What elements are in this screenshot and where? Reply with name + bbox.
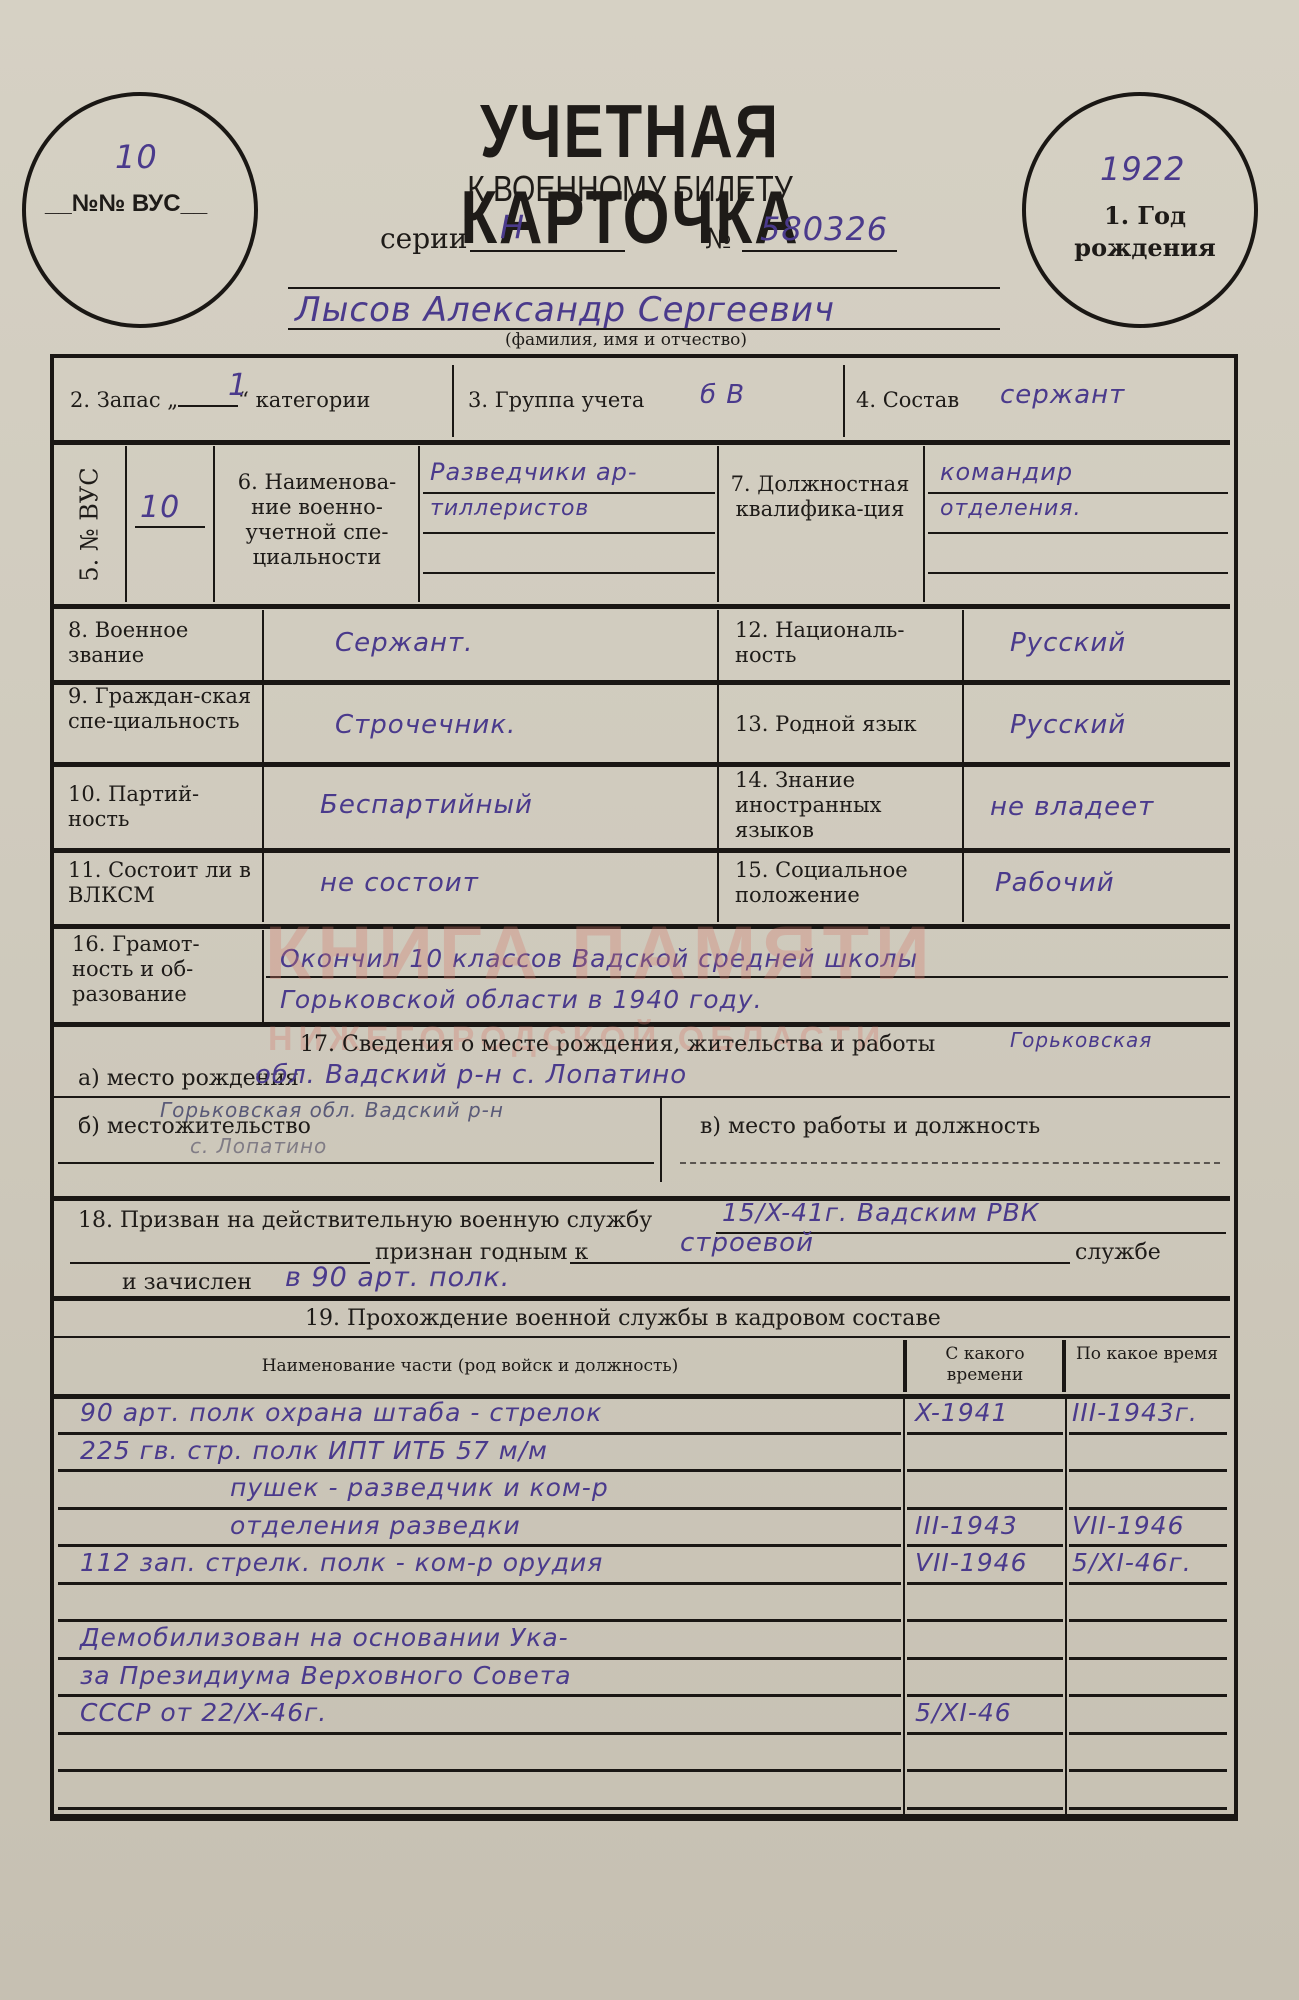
vus-value: 10 [140,490,180,525]
section19-title: 19. Прохождение военной службы в кадрово… [305,1306,941,1331]
from-cell: X-1941 [915,1398,1060,1427]
rank-label: 8. Военное звание [68,618,258,668]
komsomol-label: 11. Состоит ли в ВЛКСМ [68,858,263,908]
unit-cell: пушек - разведчик и ком-р [230,1473,1040,1502]
section17-title: 17. Сведения о месте рождения, жительств… [300,1032,935,1057]
party-label: 10. Партий-ность [68,782,238,832]
foreign-languages-value: не владеет [990,792,1154,822]
qualification-value-line2: отделения. [940,496,1082,521]
vus-circle-value: 10 [115,138,158,176]
vus-circle-label: __№№ ВУС__ [45,190,207,218]
qualification-value-line1: командир [940,458,1073,486]
to-cell: 5/XI-46г. [1072,1548,1227,1577]
from-cell: VII-1946 [915,1548,1060,1577]
reserve-label: 2. Запас „“ категории [70,388,370,413]
number-value: 580326 [760,210,888,248]
column-from: С какого времени [915,1344,1055,1386]
birth-year-label: 1. Год рождения [1060,200,1230,264]
composition-value: сержант [1000,380,1125,410]
unit-cell: 225 гв. стр. полк ИПТ ИТБ 57 м/м [80,1436,890,1465]
social-status-value: Рабочий [995,868,1115,898]
party-value: Беспартийный [320,790,533,820]
document-card: 10 __№№ ВУС__ 1922 1. Год рождения УЧЕТН… [0,0,1299,2000]
civil-specialty-label: 9. Граждан-ская спе-циальность [68,684,260,734]
enlisted-label: и зачислен [122,1270,252,1295]
specialty-label: 6. Наименова-ние военно-учетной спе-циал… [222,470,412,570]
fullname-value: Лысов Александр Сергеевич [295,290,835,330]
komsomol-value: не состоит [320,868,479,898]
from-cell: III-1943 [915,1511,1060,1540]
reserve-value: 1 [228,368,248,403]
education-label: 16. Грамот-ность и об-разование [72,932,257,1007]
vus-label: 5. № ВУС [78,465,103,585]
to-cell: VII-1946 [1072,1511,1227,1540]
group-value: б В [700,380,745,410]
residence-value: с. Лопатино [190,1134,327,1158]
card-subtitle: К ВОЕННОМУ БИЛЕТУ [380,170,880,211]
unit-cell: 112 зап. стрелк. полк - ком-р орудия [80,1548,890,1577]
fullname-caption: (фамилия, имя и отчество) [505,330,747,350]
group-label: 3. Группа учета [468,388,644,413]
specialty-value-line2: тиллеристов [430,496,589,521]
fit-value: строевой [680,1228,814,1258]
social-status-label: 15. Социальное положение [735,858,950,908]
unit-cell: 90 арт. полк охрана штаба - стрелок [80,1398,890,1427]
birthplace-value: обл. Вадский р-н с. Лопатино [255,1060,687,1090]
to-cell: III-1943г. [1072,1398,1227,1427]
specialty-value-line1: Разведчики ар- [430,458,638,486]
rank-value: Сержант. [335,628,473,658]
service-word: службе [1075,1240,1161,1265]
number-label: № [705,222,732,255]
from-cell: 5/XI-46 [915,1698,1060,1727]
native-language-value: Русский [1010,710,1126,740]
work-label: в) место работы и должность [700,1114,1040,1139]
series-value: Н [500,208,525,246]
column-unit: Наименование части (род войск и должност… [120,1356,820,1377]
nationality-label: 12. Националь-ность [735,618,955,668]
unit-cell: Демобилизован на основании Ука- [80,1623,890,1652]
foreign-languages-label: 14. Знание иностранных языков [735,768,935,843]
drafted-label: 18. Призван на действительную военную сл… [78,1208,652,1233]
unit-cell: СССР от 22/X-46г. [80,1698,890,1727]
watermark-line1: КНИГА ПАМЯТИ [265,910,936,997]
enlisted-value: в 90 арт. полк. [285,1262,510,1293]
unit-cell: за Президиума Верховного Совета [80,1661,890,1690]
birthplace-value-top: Горьковская [1010,1028,1152,1052]
series-label: серии [380,222,468,255]
qualification-label: 7. Должностная квалифика-ция [722,472,918,522]
drafted-value: 15/X-41г. Вадским РВК [722,1198,1040,1227]
composition-label: 4. Состав [856,388,959,413]
native-language-label: 13. Родной язык [735,712,917,737]
column-to: По какое время [1072,1344,1222,1365]
civil-specialty-value: Строчечник. [335,710,516,740]
nationality-value: Русский [1010,628,1126,658]
birth-year-value: 1922 [1100,150,1185,188]
